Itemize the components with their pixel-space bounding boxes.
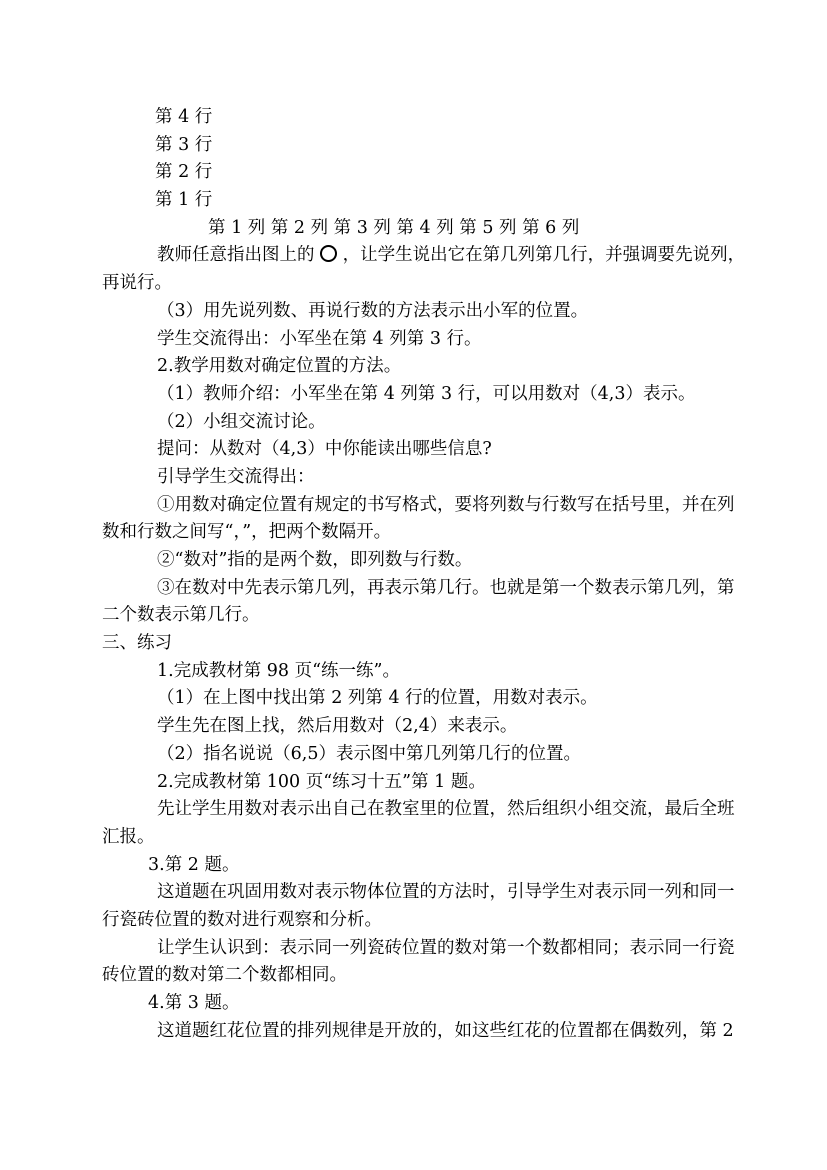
text-line: 砖位置的数对第二个数都相同。	[0, 962, 827, 990]
text-line: 3.第 2 题。	[0, 852, 827, 880]
text-line: 学生交流得出：小军坐在第 4 列第 3 行。	[0, 326, 827, 354]
text-line: 1.完成教材第 98 页“练一练”。	[0, 658, 827, 686]
text-segment: ，让学生说出它在第几列第几行，并强调要先说列，	[337, 245, 745, 265]
text-line: 提问：从数对（4,3）中你能读出哪些信息?	[0, 436, 827, 464]
text-line: 学生先在图上找，然后用数对（2,4）来表示。	[0, 713, 827, 741]
text-line: 行瓷砖位置的数对进行观察和分析。	[0, 907, 827, 935]
text-line-with-marker: 教师任意指出图上的 ，让学生说出它在第几列第几行，并强调要先说列，	[0, 242, 827, 270]
text-line: 先让学生用数对表示出自己在教室里的位置，然后组织小组交流，最后全班	[0, 796, 827, 824]
text-line: 2.完成教材第 100 页“练习十五”第 1 题。	[0, 769, 827, 797]
text-line: 让学生认识到：表示同一列瓷砖位置的数对第一个数都相同；表示同一行瓷	[0, 935, 827, 963]
document-canvas: { "page": { "background_color": "#ffffff…	[0, 0, 827, 1170]
circle-icon	[320, 245, 337, 262]
text-line: （1）在上图中找出第 2 列第 4 行的位置，用数对表示。	[0, 685, 827, 713]
text-line: （2）小组交流讨论。	[0, 409, 827, 437]
text-line: 第 2 行	[0, 159, 827, 187]
text-line: 第 4 行	[0, 104, 827, 132]
text-line: ②“数对”指的是两个数，即列数与行数。	[0, 547, 827, 575]
text-segment: 教师任意指出图上的	[157, 245, 320, 265]
text-line: （2）指名说说（6,5）表示图中第几列第几行的位置。	[0, 741, 827, 769]
document-page: 第 4 行第 3 行第 2 行第 1 行第 1 列 第 2 列 第 3 列 第 …	[0, 104, 827, 1045]
text-line: ①用数对确定位置有规定的书写格式，要将列数与行数写在括号里，并在列	[0, 492, 827, 520]
text-line: 再说行。	[0, 270, 827, 298]
text-line: 第 1 列 第 2 列 第 3 列 第 4 列 第 5 列 第 6 列	[0, 215, 827, 243]
text-line: 这道题在巩固用数对表示物体位置的方法时，引导学生对表示同一列和同一	[0, 879, 827, 907]
text-line: 三、练习	[0, 630, 827, 658]
text-line: 这道题红花位置的排列规律是开放的，如这些红花的位置都在偶数列，第 2	[0, 1018, 827, 1046]
text-line: 数和行数之间写“，”，把两个数隔开。	[0, 519, 827, 547]
text-line: （1）教师介绍：小军坐在第 4 列第 3 行，可以用数对（4,3）表示。	[0, 381, 827, 409]
text-line: 第 3 行	[0, 132, 827, 160]
text-line: （3）用先说列数、再说行数的方法表示出小军的位置。	[0, 298, 827, 326]
text-line: 二个数表示第几行。	[0, 602, 827, 630]
text-line: 引导学生交流得出：	[0, 464, 827, 492]
text-line: 汇报。	[0, 824, 827, 852]
text-line: 4.第 3 题。	[0, 990, 827, 1018]
text-line: 第 1 行	[0, 187, 827, 215]
text-line: 2.教学用数对确定位置的方法。	[0, 353, 827, 381]
text-line: ③在数对中先表示第几列，再表示第几行。也就是第一个数表示第几列，第	[0, 575, 827, 603]
